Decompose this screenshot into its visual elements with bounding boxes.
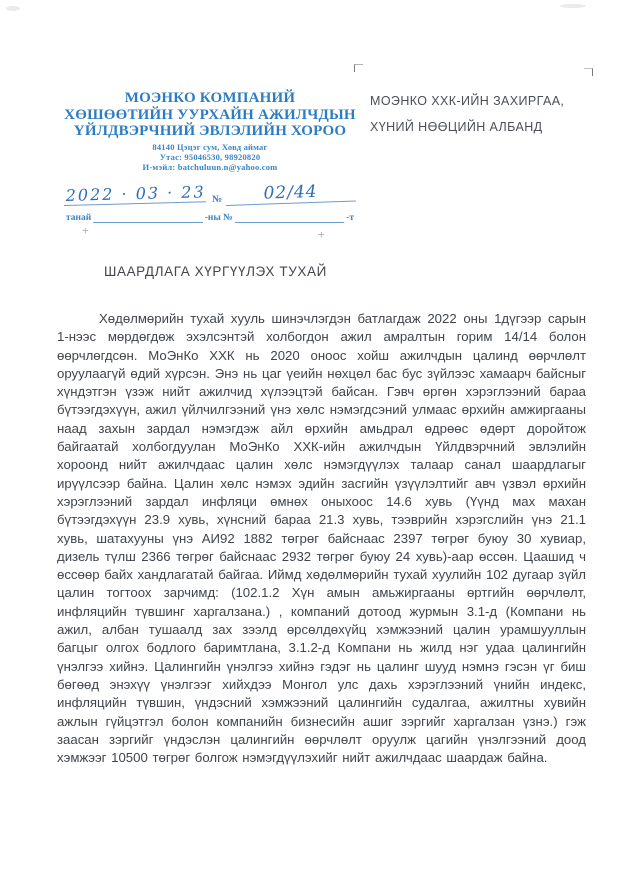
recipient-line-2: ХҮНИЙ НӨӨЦИЙН АЛБАНД [370,114,600,140]
letterhead: МОЭНКО КОМПАНИЙ ХӨШӨӨТИЙН УУРХАЙН АЖИЛЧД… [60,90,360,223]
ref-blank-line [235,210,344,223]
recipient-block: МОЭНКО ХХК-ИЙН ЗАХИРГАА, ХҮНИЙ НӨӨЦИЙН А… [370,88,600,140]
org-phone: Утас: 95046530, 98920820 [60,152,360,162]
scan-corner-mark [584,68,593,76]
scan-registration-mark: + [318,228,325,241]
scan-smudge [560,4,586,8]
org-name-line-3: ҮЙЛДВЭРЧНИЙ ЭВЛЭЛИЙН ХОРОО [60,123,360,140]
scan-smudge [6,6,20,11]
ref-mid-label: -ны № [203,213,235,223]
number-sign-label: № [212,194,222,205]
ref-suffix-label: -т [344,213,356,223]
date-number-row: 2022 · 03 · 23 № 02/44 [60,180,360,206]
org-address: 84140 Цэцэг сум, Ховд аймаг [60,142,360,152]
scan-registration-mark: + [82,224,89,237]
ref-blank-line [93,210,202,223]
ref-prefix-label: танай [64,213,93,223]
body-paragraph: Хөдөлмөрийн тухай хууль шинэчлэгдэн батл… [57,310,586,767]
recipient-line-1: МОЭНКО ХХК-ИЙН ЗАХИРГАА, [370,88,600,114]
reference-line: танай -ны № -т [60,209,360,223]
scanned-letter-page: + + МОЭНКО КОМПАНИЙ ХӨШӨӨТИЙН УУРХАЙН АЖ… [0,0,638,877]
handwritten-date: 2022 · 03 · 23 [63,182,205,206]
scan-corner-mark [354,64,363,72]
org-name-line-2: ХӨШӨӨТИЙН УУРХАЙН АЖИЛЧДЫН [60,107,360,124]
document-title: ШААРДЛАГА ХҮРГҮҮЛЭХ ТУХАЙ [104,264,327,279]
org-name-line-1: МОЭНКО КОМПАНИЙ [60,90,360,107]
org-email: И-мэйл: batchuluun.n@yahoo.com [60,162,360,172]
handwritten-doc-number: 02/44 [225,180,356,206]
